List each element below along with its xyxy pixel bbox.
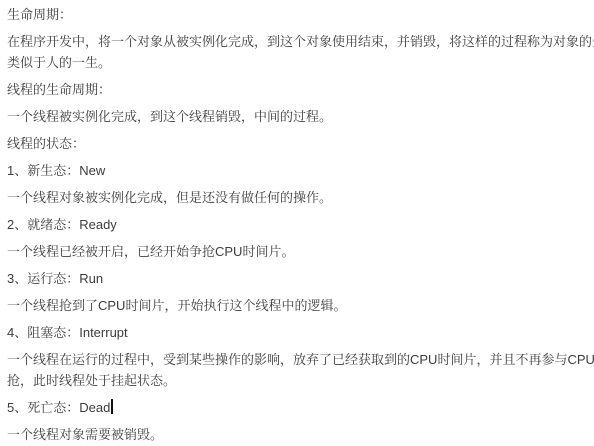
text-line[interactable]: 一个线程在运行的过程中，受到某些操作的影响，放弃了已经获取到的CPU时间片，并且… (7, 349, 587, 370)
paragraph: 4、阻塞态：Interrupt (7, 322, 587, 343)
paragraph: 线程的状态： (7, 133, 587, 154)
paragraph: 一个线程被实例化完成，到这个线程销毁，中间的过程。 (7, 106, 587, 127)
text-line[interactable]: 一个线程被实例化完成，到这个线程销毁，中间的过程。 (7, 106, 587, 127)
text-line[interactable]: 线程的生命周期： (7, 79, 587, 100)
paragraph: 3、运行态：Run (7, 268, 587, 289)
paragraph: 一个线程抢到了CPU时间片，开始执行这个线程中的逻辑。 (7, 295, 587, 316)
text-line[interactable]: 抢，此时线程处于挂起状态。 (7, 370, 587, 391)
text-line-content: 5、死亡态：Dead (7, 400, 110, 415)
editor-content[interactable]: 生命周期： 在程序开发中，将一个对象从被实例化完成，到这个对象使用结束，并销毁，… (0, 0, 594, 446)
text-line[interactable]: 生命周期： (7, 4, 587, 25)
text-line[interactable]: 一个线程对象需要被销毁。 (7, 424, 587, 445)
text-line[interactable]: 线程的状态： (7, 133, 587, 154)
text-line[interactable]: 3、运行态：Run (7, 268, 587, 289)
text-line[interactable]: 4、阻塞态：Interrupt (7, 322, 587, 343)
text-line[interactable]: 1、新生态：New (7, 160, 587, 181)
paragraph: 一个线程对象需要被销毁。 (7, 424, 587, 445)
text-line[interactable]: 2、就绪态：Ready (7, 214, 587, 235)
paragraph: 在程序开发中，将一个对象从被实例化完成，到这个对象使用结束，并销毁，将这样的过程… (7, 31, 587, 73)
text-line[interactable]: 5、死亡态：Dead (7, 397, 587, 418)
paragraph: 一个线程已经被开启，已经开始争抢CPU时间片。 (7, 241, 587, 262)
text-line[interactable]: 一个线程已经被开启，已经开始争抢CPU时间片。 (7, 241, 587, 262)
text-line[interactable]: 在程序开发中，将一个对象从被实例化完成，到这个对象使用结束，并销毁，将这样的过程… (7, 31, 587, 52)
paragraph: 一个线程对象被实例化完成，但是还没有做任何的操作。 (7, 187, 587, 208)
paragraph: 一个线程在运行的过程中，受到某些操作的影响，放弃了已经获取到的CPU时间片，并且… (7, 349, 587, 391)
paragraph: 5、死亡态：Dead (7, 397, 587, 418)
text-line[interactable]: 一个线程抢到了CPU时间片，开始执行这个线程中的逻辑。 (7, 295, 587, 316)
paragraph: 2、就绪态：Ready (7, 214, 587, 235)
paragraph: 生命周期： (7, 4, 587, 25)
text-line[interactable]: 一个线程对象被实例化完成，但是还没有做任何的操作。 (7, 187, 587, 208)
text-caret (111, 399, 113, 414)
paragraph: 线程的生命周期： (7, 79, 587, 100)
paragraph: 1、新生态：New (7, 160, 587, 181)
text-line[interactable]: 类似于人的一生。 (7, 52, 587, 73)
